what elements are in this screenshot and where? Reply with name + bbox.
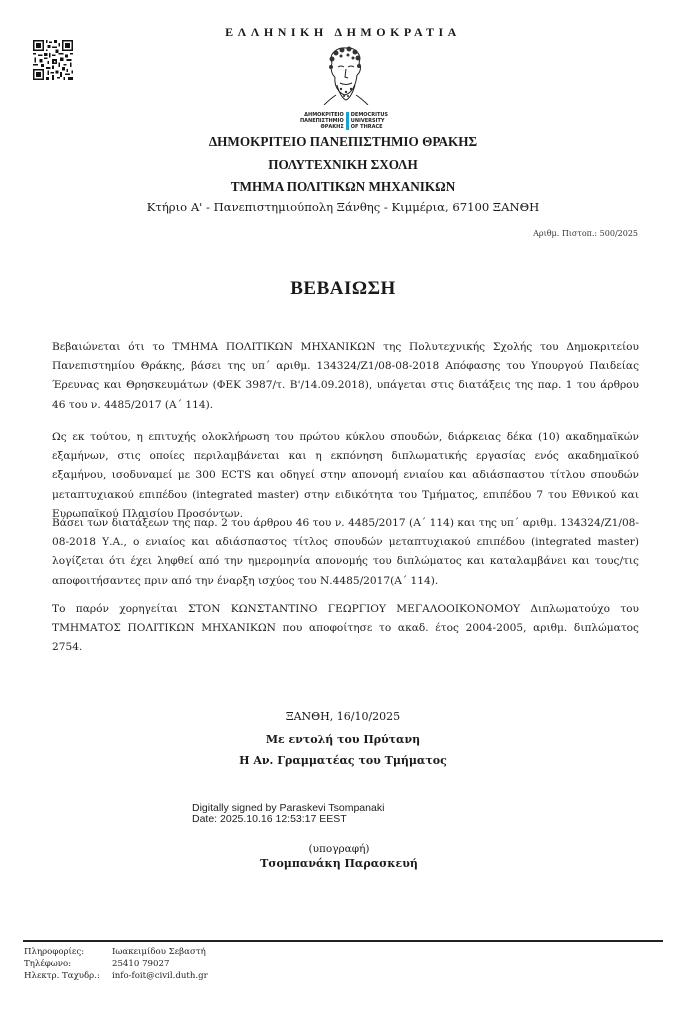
university-logo: ΔΗΜΟΚΡΙΤΕΙΟ ΠΑΝΕΠΙΣΤΗΜΙΟ ΘΡΑΚΗΣ DEMOCRIT…	[296, 45, 392, 130]
logo-english-line: OF THRACE	[351, 124, 388, 130]
contact-row-email: Ηλεκτρ. Ταχυδρ.: info-foit@civil.duth.gr	[24, 970, 208, 982]
place-date: ΞΑΝΘΗ, 16/10/2025	[0, 710, 686, 723]
contact-email[interactable]: info-foit@civil.duth.gr	[112, 970, 208, 982]
contact-label: Τηλέφωνο:	[24, 958, 112, 970]
order-line: Με εντολή του Πρύτανη	[0, 733, 686, 746]
paragraph: Βάσει των διατάξεων της παρ. 2 του άρθρο…	[52, 514, 639, 591]
paragraph: Βεβαιώνεται ότι το ΤΜΗΜΑ ΠΟΛΙΤΙΚΩΝ ΜΗΧΑΝ…	[52, 338, 639, 415]
contact-label: Πληροφορίες:	[24, 946, 112, 958]
document-title: ΒΕΒΑΙΩΣΗ	[0, 278, 686, 300]
democritus-bust-icon	[296, 45, 392, 105]
contact-value: Ιωακειμίδου Σεβαστή	[112, 946, 206, 958]
logo-wordmark: ΔΗΜΟΚΡΙΤΕΙΟ ΠΑΝΕΠΙΣΤΗΜΙΟ ΘΡΑΚΗΣ DEMOCRIT…	[296, 112, 392, 130]
republic-heading: ΕΛΛΗΝΙΚΗ ΔΗΜΟΚΡΑΤΙΑ	[0, 25, 686, 40]
certificate-number: Αριθμ. Πιστοπ.: 500/2025	[533, 229, 638, 238]
contact-info: Πληροφορίες: Ιωακειμίδου Σεβαστή Τηλέφων…	[24, 946, 208, 982]
department-name: ΤΜΗΜΑ ΠΟΛΙΤΙΚΩΝ ΜΗΧΑΝΙΚΩΝ	[0, 179, 686, 195]
contact-row-info: Πληροφορίες: Ιωακειμίδου Σεβαστή	[24, 946, 208, 958]
qr-code-icon	[33, 40, 73, 80]
digital-signature-date: Date: 2025.10.16 12:53:17 EEST	[192, 814, 384, 825]
contact-row-phone: Τηλέφωνο: 25410 79027	[24, 958, 208, 970]
signature-label: (υπογραφή)	[0, 843, 682, 855]
university-name: ΔΗΜΟΚΡΙΤΕΙΟ ΠΑΝΕΠΙΣΤΗΜΙΟ ΘΡΑΚΗΣ	[0, 134, 686, 150]
contact-value: 25410 79027	[112, 958, 169, 970]
logo-greek-line: ΘΡΑΚΗΣ	[300, 124, 344, 130]
secretary-role: Η Αν. Γραμματέας του Τμήματος	[0, 754, 686, 767]
paragraph: Ως εκ τούτου, η επιτυχής ολοκλήρωση του …	[52, 428, 639, 524]
signer-name: Τσομπανάκη Παρασκευή	[0, 857, 682, 870]
paragraph: Το παρόν χορηγείται ΣΤΟΝ ΚΩΝΣΤΑΝΤΙΝΟ ΓΕΩ…	[52, 600, 639, 658]
footer-divider	[23, 940, 663, 942]
logo-accent-bar	[346, 112, 349, 130]
digital-signature: Digitally signed by Paraskevi Tsompanaki…	[192, 803, 384, 825]
address: Κτήριο Α' - Πανεπιστημιούπολη Ξάνθης - Κ…	[0, 200, 686, 214]
school-name: ΠΟΛΥΤΕΧΝΙΚΗ ΣΧΟΛΗ	[0, 157, 686, 173]
contact-label: Ηλεκτρ. Ταχυδρ.:	[24, 970, 112, 982]
